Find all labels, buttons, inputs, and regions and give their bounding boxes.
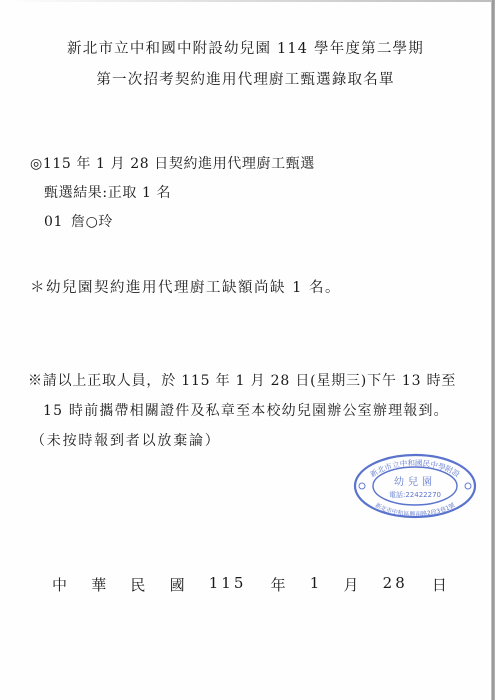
notice-line3: （未按時報到者以放棄論） <box>31 430 221 450</box>
document-page: 新北市立中和國中附設幼兒園 114 學年度第二學期 第一次招考契約進用代理廚工甄… <box>0 0 495 700</box>
notice-line2: 15 時前攜帶相關證件及私章至本校幼兒園辦公室辦理報到。 <box>43 400 449 420</box>
document-title-line2: 第一次招考契約進用代理廚工甄選錄取名單 <box>0 68 491 89</box>
date-char: 中 <box>52 574 67 595</box>
date-char: 國 <box>170 574 185 595</box>
admitted-number: 01 <box>44 214 63 230</box>
seal-phone-text: 電話:22422270 <box>389 490 441 499</box>
date-char: 日 <box>432 574 447 595</box>
date-char: 民 <box>130 574 145 595</box>
date-char: 年 <box>271 574 286 595</box>
selection-result: 甄選結果:正取 1 名 <box>44 182 171 202</box>
section-heading: ◎115 年 1 月 28 日契約進用代理廚工甄選 <box>30 153 315 173</box>
date-char: 月 <box>343 574 358 595</box>
official-seal-stamp: 新北市立中和國民中學附設 新北市中和區興南路2段3巷1號 幼兒園 電話:2242… <box>352 452 478 520</box>
seal-outer-bottom-text: 新北市中和區興南路2段3巷1號 <box>374 501 456 518</box>
date-day: 28 <box>383 574 408 595</box>
date-month: 1 <box>310 574 320 595</box>
notice-line1: ※請以上正取人員，於 115 年 1 月 28 日(星期三)下午 13 時至 <box>28 370 456 390</box>
date-year: 115 <box>209 574 247 595</box>
document-title-line1: 新北市立中和國中附設幼兒園 114 學年度第二學期 <box>0 37 491 58</box>
admitted-name: 詹○玲 <box>71 214 113 230</box>
date-char: 華 <box>91 574 106 595</box>
admitted-person: 01詹○玲 <box>44 211 113 231</box>
scan-right-edge <box>491 0 495 700</box>
seal-center-text: 幼兒園 <box>394 475 436 488</box>
scan-top-edge <box>0 0 492 2</box>
document-date: 中 華 民 國 115 年 1 月 28 日 <box>52 574 447 595</box>
svg-text:新北市中和區興南路2段3巷1號: 新北市中和區興南路2段3巷1號 <box>374 501 456 518</box>
vacancy-note: ＊幼兒園契約進用代理廚工缺額尚缺 1 名。 <box>30 276 341 297</box>
